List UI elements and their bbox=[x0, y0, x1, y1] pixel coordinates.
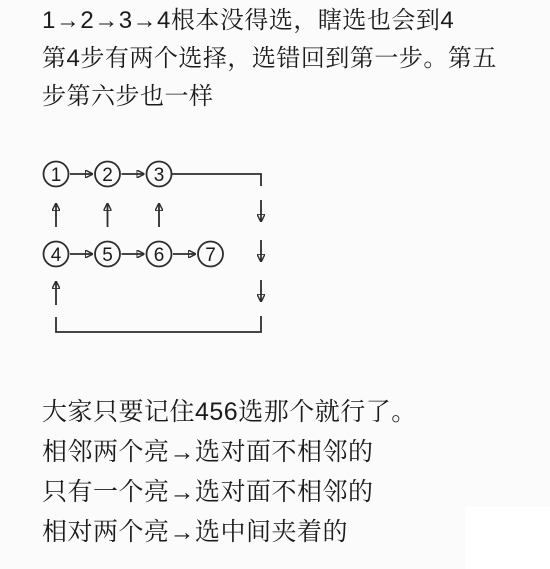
node-7-label: 7 bbox=[205, 245, 216, 266]
node-1: 1 bbox=[44, 162, 69, 187]
node-5-label: 5 bbox=[102, 245, 113, 266]
rules-line-4: 相对两个亮→选中间夹着的 bbox=[42, 512, 417, 552]
node-4: 4 bbox=[44, 242, 69, 267]
intro-line-2: 第4步有两个选择，选错回到第一步。第五 bbox=[42, 40, 497, 78]
rules-line-1: 大家只要记住456选那个就行了。 bbox=[42, 392, 417, 432]
rules-line-2: 相邻两个亮→选对面不相邻的 bbox=[42, 432, 417, 472]
node-7: 7 bbox=[198, 242, 223, 267]
node-4-label: 4 bbox=[51, 245, 62, 266]
node-2: 2 bbox=[95, 162, 120, 187]
node-1-label: 1 bbox=[51, 165, 62, 186]
intro-line-3: 步第六步也一样 bbox=[42, 78, 497, 116]
rules-paragraph: 大家只要记住456选那个就行了。 相邻两个亮→选对面不相邻的 只有一个亮→选对面… bbox=[42, 392, 417, 552]
flow-diagram: 1 2 3 4 5 6 7 bbox=[0, 150, 300, 350]
connector-top-right bbox=[172, 174, 261, 186]
node-3-label: 3 bbox=[154, 165, 165, 186]
node-6: 6 bbox=[147, 242, 172, 267]
node-6-label: 6 bbox=[154, 245, 165, 266]
page: 1→2→3→4根本没得选，瞎选也会到4 第4步有两个选择，选错回到第一步。第五 … bbox=[0, 0, 550, 569]
connector-bottom-loop bbox=[56, 316, 261, 332]
node-5: 5 bbox=[95, 242, 120, 267]
node-3: 3 bbox=[147, 162, 172, 187]
intro-paragraph: 1→2→3→4根本没得选，瞎选也会到4 第4步有两个选择，选错回到第一步。第五 … bbox=[42, 2, 497, 116]
background-patch bbox=[465, 507, 550, 569]
intro-line-1: 1→2→3→4根本没得选，瞎选也会到4 bbox=[42, 2, 497, 40]
rules-line-3: 只有一个亮→选对面不相邻的 bbox=[42, 472, 417, 512]
node-2-label: 2 bbox=[102, 165, 113, 186]
